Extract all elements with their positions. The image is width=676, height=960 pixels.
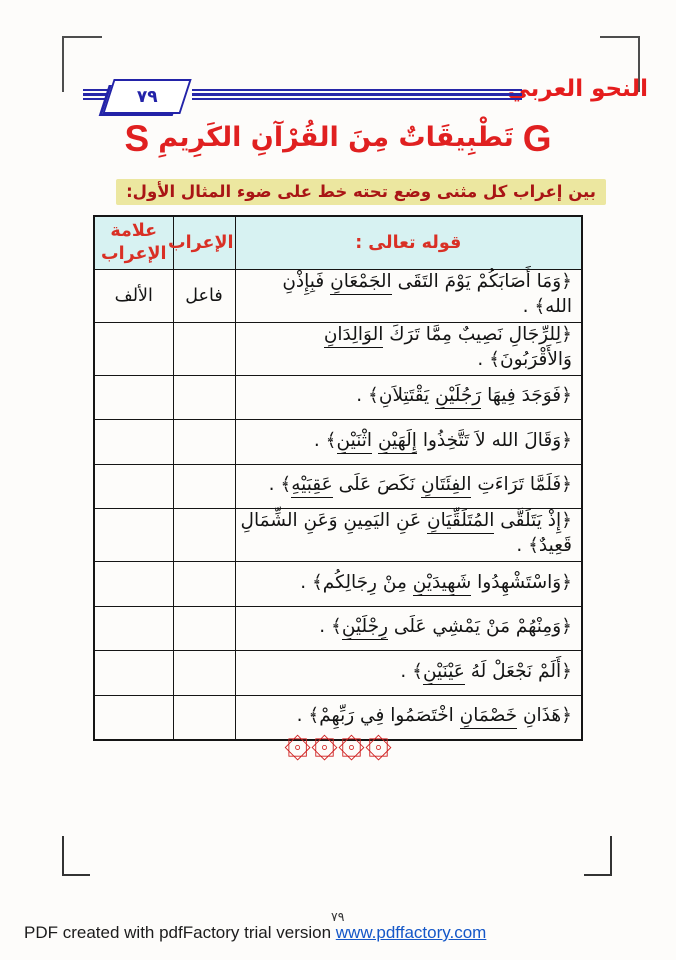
verse-cell: ﴿وَمَا أَصَابَكُمْ يَوْمَ التَقَى الجَمْ… (235, 270, 582, 323)
irab-cell (173, 322, 235, 375)
verse-cell: ﴿لِلرِّجَالِ نَصِيبٌ مِمَّا تَرَكَ الوَا… (235, 322, 582, 375)
page-number-badge: ٧٩ (102, 79, 191, 114)
table-row: ﴿وَمَا أَصَابَكُمْ يَوْمَ التَقَى الجَمْ… (94, 270, 582, 323)
irab-cell (173, 651, 235, 696)
irab-cell (173, 562, 235, 607)
underlined-dual-word: الفِئَتَانِ (421, 474, 472, 498)
underlined-dual-word: اثْنَيْنِ (337, 430, 373, 454)
alamah-cell (94, 464, 173, 509)
underlined-dual-word: الجَمْعَانِ (330, 271, 392, 295)
column-header-irab: الإعراب (173, 216, 235, 270)
verse-text: مِنْ رِجَالِكُم﴾ . (300, 572, 413, 593)
alamah-cell (94, 375, 173, 420)
verse-cell: ﴿وَمِنْهُمْ مَنْ يَمْشِي عَلَى رِجْلَيْن… (235, 606, 582, 651)
irab-cell (173, 420, 235, 465)
verse-text: ﴾ . (269, 474, 292, 495)
underlined-dual-word: إِلَهَيْنِ (378, 430, 417, 454)
right-ornament-glyph: G (523, 120, 552, 157)
header-rule (192, 89, 522, 100)
verse-text: ﴿لِلرِّجَالِ نَصِيبٌ مِمَّا تَرَكَ (383, 324, 572, 345)
alamah-cell (94, 606, 173, 651)
underlined-dual-word: شَهِيدَيْنِ (413, 572, 472, 596)
verse-text: ﴿فَلَمَّا تَرَاءَتِ (471, 474, 572, 495)
underlined-dual-word: عَقِبَيْهِ (291, 474, 332, 498)
verse-text: ﴿وَمَا أَصَابَكُمْ يَوْمَ التَقَى (392, 271, 572, 292)
table-row: ﴿فَلَمَّا تَرَاءَتِ الفِئَتَانِ نَكَصَ ع… (94, 464, 582, 509)
underlined-dual-word: عَيْنَيْنِ (423, 661, 465, 685)
column-header-alamah: علامة الإعراب (94, 216, 173, 270)
table-row: ﴿لِلرِّجَالِ نَصِيبٌ مِمَّا تَرَكَ الوَا… (94, 322, 582, 375)
verse-cell: ﴿فَلَمَّا تَرَاءَتِ الفِئَتَانِ نَكَصَ ع… (235, 464, 582, 509)
table-row: ﴿وَمِنْهُمْ مَنْ يَمْشِي عَلَى رِجْلَيْن… (94, 606, 582, 651)
verse-text: ﴾ . (314, 430, 337, 451)
header-rule-stub (83, 89, 110, 100)
table-row: ﴿فَوَجَدَ فِيهَا رَجُلَيْنِ يَقْتَتِلاَن… (94, 375, 582, 420)
verse-cell: ﴿أَلَمْ نَجْعَلْ لَهُ عَيْنَيْنِ﴾ . (235, 651, 582, 696)
crop-mark-bottom-left (62, 836, 90, 876)
pdffactory-link[interactable]: www.pdffactory.com (336, 923, 487, 942)
irab-cell (173, 464, 235, 509)
exercise-instruction: بين إعراب كل مثنى وضع تحته خط على ضوء ال… (116, 179, 606, 205)
table-row: ﴿إِذْ يَتَلَقَّى المُتَلَقِّيَانِ عَنِ ا… (94, 509, 582, 562)
crop-mark-bottom-right (584, 836, 612, 876)
alamah-cell (94, 651, 173, 696)
verse-text: يَقْتَتِلاَنِ﴾ . (356, 385, 435, 406)
verse-text: ﴿أَلَمْ نَجْعَلْ لَهُ (465, 661, 572, 682)
underlined-dual-word: رِجْلَيْنِ (342, 616, 388, 640)
irab-cell: فاعل (173, 270, 235, 323)
book-title: النحو العربي (507, 76, 648, 102)
alamah-cell (94, 509, 173, 562)
underlined-dual-word: رَجُلَيْنِ (435, 385, 481, 409)
alamah-cell (94, 322, 173, 375)
verse-text: ﴿وَقَالَ الله لاَ تَتَّخِذُوا (417, 430, 572, 451)
verse-text: ﴿فَوَجَدَ فِيهَا (481, 385, 572, 406)
verse-cell: ﴿وَاسْتَشْهِدُوا شَهِيدَيْنِ مِنْ رِجَال… (235, 562, 582, 607)
table-header-row: قوله تعالى : الإعراب علامة الإعراب (94, 216, 582, 270)
lesson-title: S تَطْبِيقَاتٌ مِنَ القُرْآنِ الكَرِيمِ … (0, 118, 676, 159)
pdf-watermark: PDF created with pdfFactory trial versio… (24, 923, 486, 943)
left-ornament-glyph: S (125, 120, 150, 157)
printed-page-number: ٧٩ (331, 909, 344, 924)
table-row: ﴿وَقَالَ الله لاَ تَتَّخِذُوا إِلَهَيْنِ… (94, 420, 582, 465)
verse-text: ﴿وَاسْتَشْهِدُوا (471, 572, 572, 593)
verse-text: وَالأَقْرَبُونَ﴾ . (477, 349, 572, 370)
table-row: ﴿أَلَمْ نَجْعَلْ لَهُ عَيْنَيْنِ﴾ . (94, 651, 582, 696)
verse-text: ﴿وَمِنْهُمْ مَنْ يَمْشِي عَلَى (388, 616, 572, 637)
scanned-book-page: النحو العربي ٧٩ S تَطْبِيقَاتٌ مِنَ القُ… (0, 0, 676, 960)
verse-cell: ﴿فَوَجَدَ فِيهَا رَجُلَيْنِ يَقْتَتِلاَن… (235, 375, 582, 420)
underlined-dual-word: الوَالِدَانِ (324, 324, 384, 348)
irab-cell (173, 606, 235, 651)
lesson-title-text: تَطْبِيقَاتٌ مِنَ القُرْآنِ الكَرِيمِ (158, 118, 514, 159)
arabesque-ornament: ۞۞۞۞ (0, 712, 676, 767)
alamah-cell (94, 562, 173, 607)
exercise-table: قوله تعالى : الإعراب علامة الإعراب ﴿وَمَ… (93, 215, 583, 741)
verses-tbody: ﴿وَمَا أَصَابَكُمْ يَوْمَ التَقَى الجَمْ… (94, 270, 582, 741)
page-number-badge-value: ٧٩ (137, 87, 158, 107)
irab-cell (173, 375, 235, 420)
underlined-dual-word: المُتَلَقِّيَانِ (427, 510, 494, 534)
alamah-cell: الألف (94, 270, 173, 323)
verse-text: ﴾ . (319, 616, 342, 637)
verse-cell: ﴿إِذْ يَتَلَقَّى المُتَلَقِّيَانِ عَنِ ا… (235, 509, 582, 562)
irab-cell (173, 509, 235, 562)
verse-text: ﴿إِذْ يَتَلَقَّى (494, 510, 572, 531)
crop-mark-top-left (62, 36, 102, 92)
column-header-verse: قوله تعالى : (235, 216, 582, 270)
verse-text: نَكَصَ عَلَى (333, 474, 421, 495)
table-row: ﴿وَاسْتَشْهِدُوا شَهِيدَيْنِ مِنْ رِجَال… (94, 562, 582, 607)
alamah-cell (94, 420, 173, 465)
verse-cell: ﴿وَقَالَ الله لاَ تَتَّخِذُوا إِلَهَيْنِ… (235, 420, 582, 465)
pdf-watermark-text: PDF created with pdfFactory trial versio… (24, 923, 336, 942)
verse-text: ﴾ . (400, 661, 423, 682)
